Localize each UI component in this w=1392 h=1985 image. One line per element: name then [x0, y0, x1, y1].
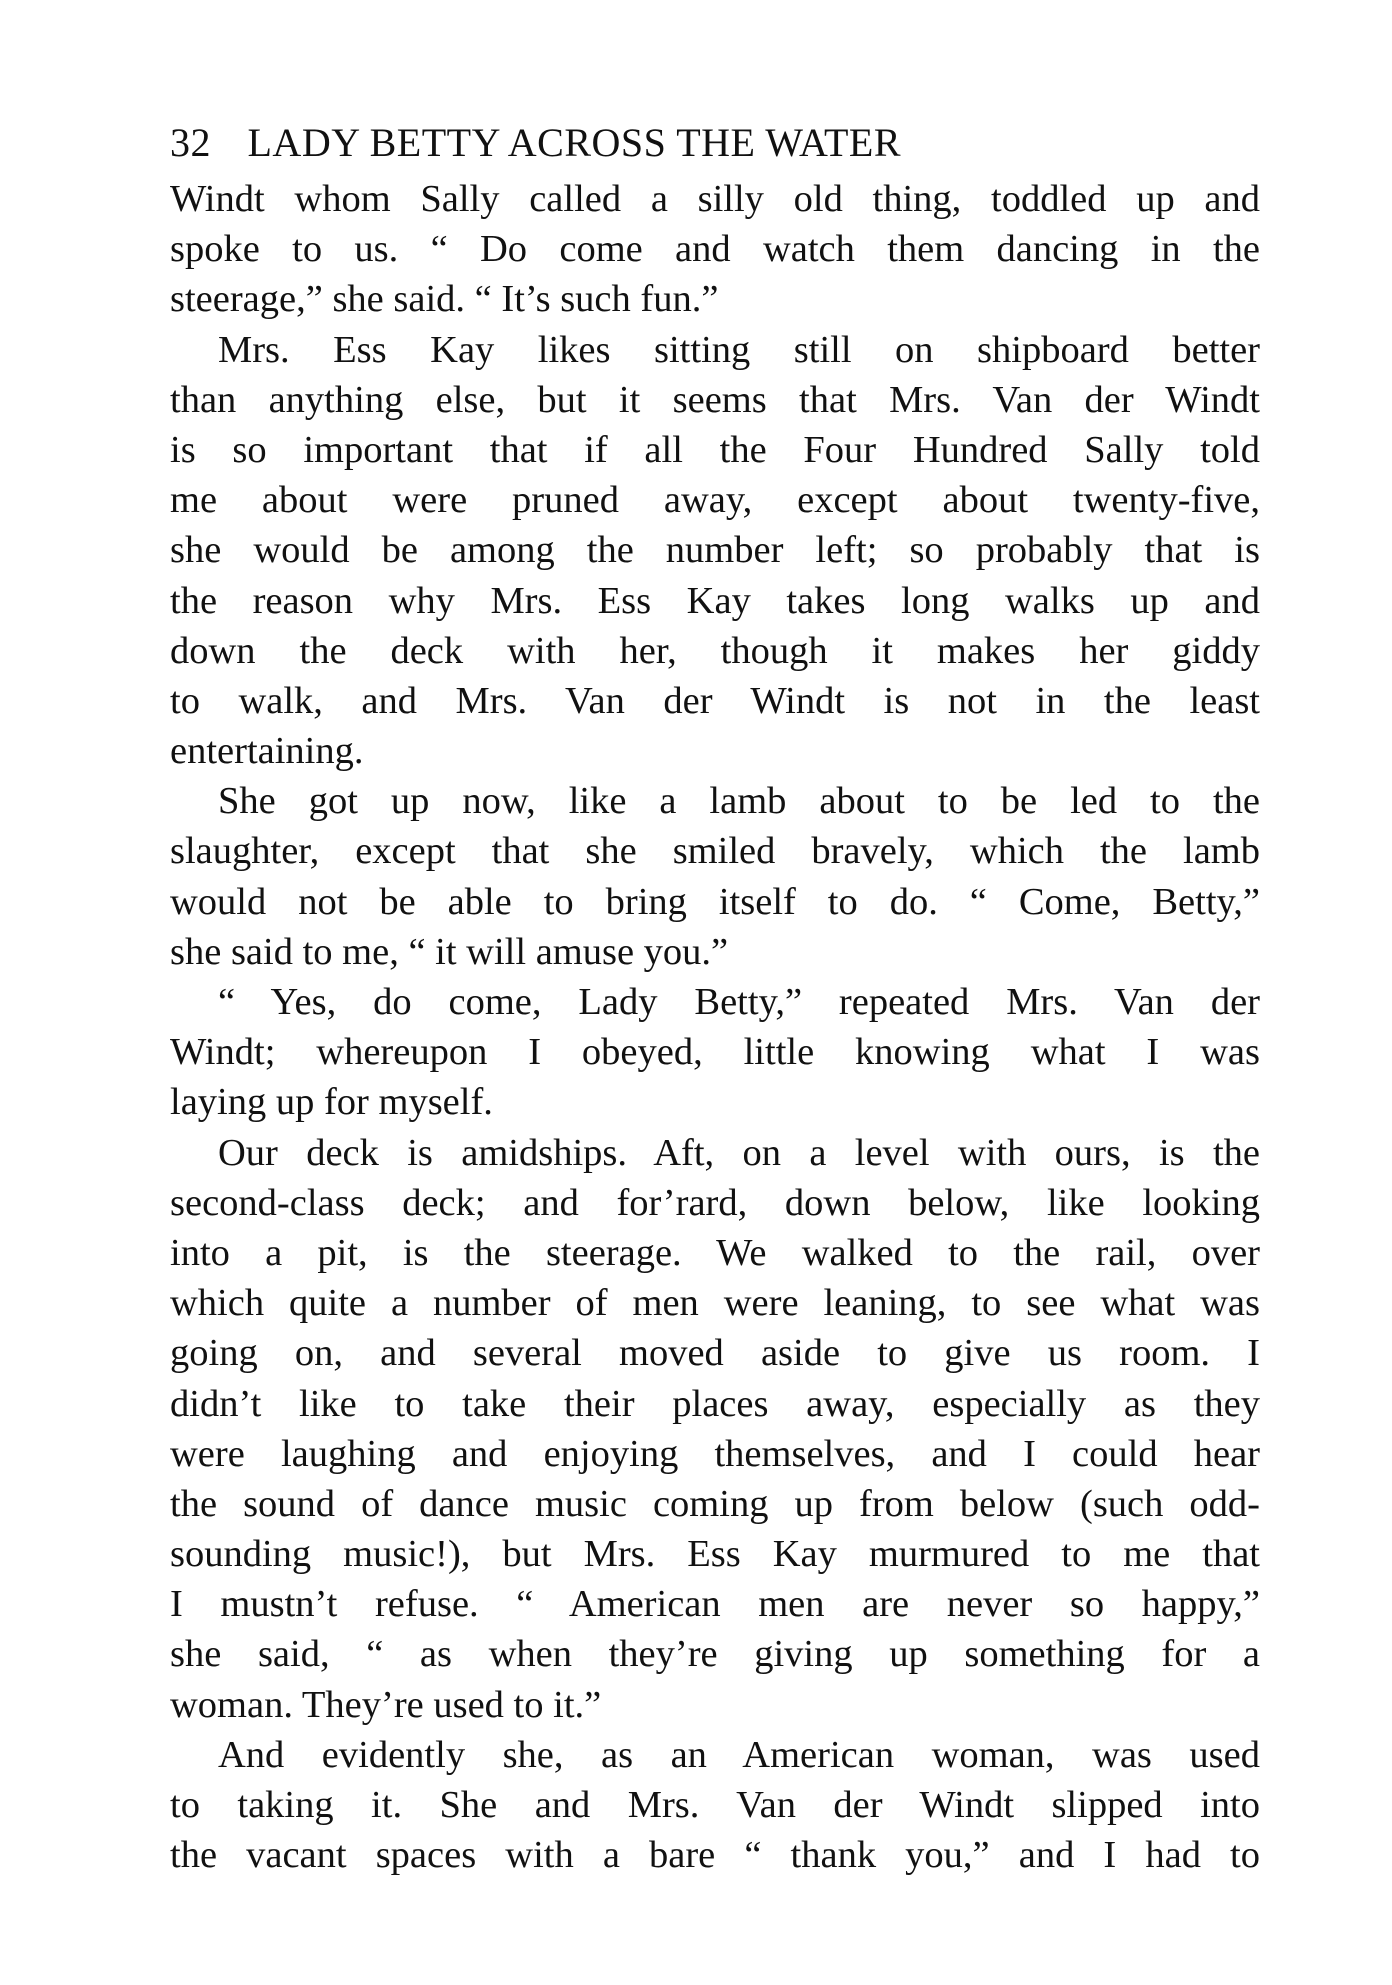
- book-title: LADY BETTY ACROSS THE WATER: [248, 120, 902, 165]
- text-line: the vacant spaces with a bare “ thank yo…: [170, 1830, 1260, 1880]
- text-line: steerage,” she said. “ It’s such fun.”: [170, 274, 1260, 324]
- text-line: spoke to us. “ Do come and watch them da…: [170, 224, 1260, 274]
- text-line: she would be among the number left; so p…: [170, 525, 1260, 575]
- body-text: Windt whom Sally called a silly old thin…: [170, 174, 1260, 1880]
- text-line: would not be able to bring itself to do.…: [170, 877, 1260, 927]
- text-line: is so important that if all the Four Hun…: [170, 425, 1260, 475]
- text-line: slaughter, except that she smiled bravel…: [170, 826, 1260, 876]
- text-line: I mustn’t refuse. “ American men are nev…: [170, 1579, 1260, 1629]
- text-line: into a pit, is the steerage. We walked t…: [170, 1228, 1260, 1278]
- text-line: entertaining.: [170, 726, 1260, 776]
- text-line: second-class deck; and for’rard, down be…: [170, 1178, 1260, 1228]
- text-line: to walk, and Mrs. Van der Windt is not i…: [170, 676, 1260, 726]
- text-line: down the deck with her, though it makes …: [170, 626, 1260, 676]
- text-line: Our deck is amidships. Aft, on a level w…: [170, 1128, 1260, 1178]
- text-line: Windt; whereupon I obeyed, little knowin…: [170, 1027, 1260, 1077]
- text-line: were laughing and enjoying themselves, a…: [170, 1429, 1260, 1479]
- text-line: which quite a number of men were leaning…: [170, 1278, 1260, 1328]
- text-line: than anything else, but it seems that Mr…: [170, 375, 1260, 425]
- text-line: Mrs. Ess Kay likes sitting still on ship…: [170, 325, 1260, 375]
- text-line: Windt whom Sally called a silly old thin…: [170, 174, 1260, 224]
- text-line: she said to me, “ it will amuse you.”: [170, 927, 1260, 977]
- text-line: “ Yes, do come, Lady Betty,” repeated Mr…: [170, 977, 1260, 1027]
- text-line: laying up for myself.: [170, 1077, 1260, 1127]
- text-line: sounding music!), but Mrs. Ess Kay murmu…: [170, 1529, 1260, 1579]
- text-line: the reason why Mrs. Ess Kay takes long w…: [170, 576, 1260, 626]
- text-line: the sound of dance music coming up from …: [170, 1479, 1260, 1529]
- text-line: going on, and several moved aside to giv…: [170, 1328, 1260, 1378]
- text-line: didn’t like to take their places away, e…: [170, 1379, 1260, 1429]
- text-line: to taking it. She and Mrs. Van der Windt…: [170, 1780, 1260, 1830]
- text-line: She got up now, like a lamb about to be …: [170, 776, 1260, 826]
- text-line: And evidently she, as an American woman,…: [170, 1730, 1260, 1780]
- book-page: 32 LADY BETTY ACROSS THE WATER Windt who…: [170, 118, 1260, 1880]
- page-number: 32: [170, 118, 211, 168]
- running-head: 32 LADY BETTY ACROSS THE WATER: [170, 118, 1260, 168]
- text-line: me about were pruned away, except about …: [170, 475, 1260, 525]
- text-line: she said, “ as when they’re giving up so…: [170, 1629, 1260, 1679]
- text-line: woman. They’re used to it.”: [170, 1680, 1260, 1730]
